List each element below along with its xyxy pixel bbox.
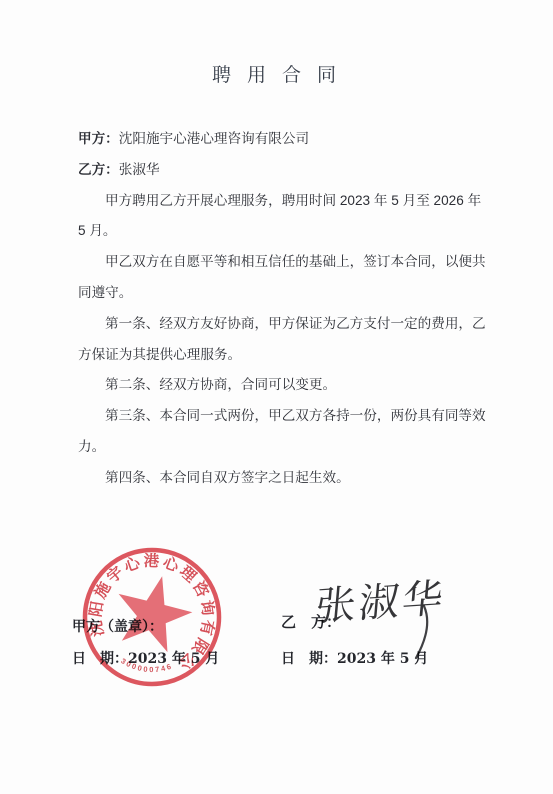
contract-line: 5 月。 [78,216,460,247]
contract-line: 第三条、本合同一式两份，甲乙双方各持一份，两份具有同等效 [78,401,460,432]
contract-title: 聘 用 合 同 [0,60,553,87]
party-label: 乙方： [78,162,119,177]
contract-line: 乙方：张淑华 [78,155,460,186]
company-seal: 沈阳施宇心港心理咨询有限公司 3000007460 [72,537,232,697]
contract-line: 方保证为其提供心理服务。 [78,340,460,371]
contract-line: 力。 [78,432,460,463]
contract-body: 甲方：沈阳施宇心港心理咨询有限公司乙方：张淑华甲方聘用乙方开展心理服务，聘用时间… [78,124,460,494]
contract-line: 甲方：沈阳施宇心港心理咨询有限公司 [78,124,460,155]
contract-line: 第一条、经双方友好协商，甲方保证为乙方支付一定的费用，乙 [78,309,460,340]
seal-group: 沈阳施宇心港心理咨询有限公司 3000007460 [72,537,232,697]
contract-line: 甲乙双方在自愿平等和相互信任的基础上，签订本合同，以便共 [78,247,460,278]
contract-page: 聘 用 合 同 甲方：沈阳施宇心港心理咨询有限公司乙方：张淑华甲方聘用乙方开展心… [0,0,553,794]
party-b-signature: 张淑华 [318,570,470,664]
contract-line: 甲方聘用乙方开展心理服务，聘用时间 2023 年 5 月至 2026 年 [78,186,460,217]
party-label: 甲方： [78,131,119,146]
contract-line: 第四条、本合同自双方签字之日起生效。 [78,463,460,494]
contract-line: 第二条、经双方协商，合同可以变更。 [78,370,460,401]
contract-line: 同遵守。 [78,278,460,309]
